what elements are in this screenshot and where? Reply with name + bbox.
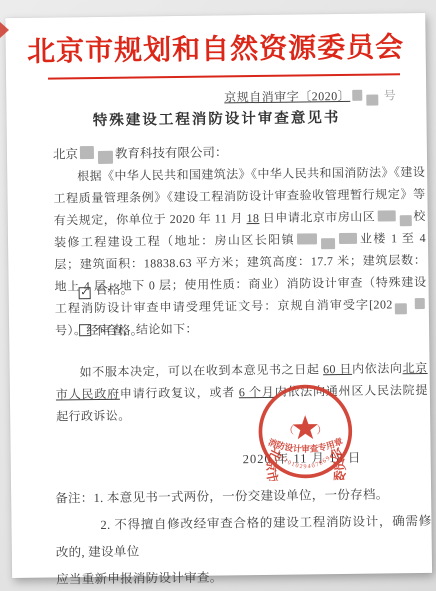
redaction-block: [339, 233, 357, 244]
header-divider-line: [48, 73, 400, 79]
redaction-block: [395, 303, 407, 314]
redaction-block: [399, 215, 411, 226]
main-paragraph: 根据《中华人民共和国建筑法》《中华人民共和国消防法》《建设工程质量管理条例》《建…: [53, 161, 427, 342]
seal-serial-number: 1101029407869: [279, 455, 332, 471]
conclusion-qualified-row: ✓合格。: [78, 280, 133, 300]
document-number-line: 京规自消审字〔2020〕 号: [224, 86, 396, 107]
addressee-suffix: 教育科技有限公司：: [115, 145, 228, 160]
redaction-block: [98, 151, 113, 164]
paragraph-text: 如不服本决定，可以在收到本意见书之日起: [80, 362, 324, 379]
issuing-authority-header: 北京市规划和自然资源委员会: [5, 25, 425, 70]
unchecked-checkbox-icon: [79, 324, 91, 336]
remark-line-2: 2. 不得擅自修改经审查合格的建设工程消防设计，确需修改的, 建设单位: [55, 508, 432, 567]
underlined-appeal-days: 60 日: [323, 362, 352, 376]
paragraph-text: 申请行政复议，或者: [120, 385, 239, 400]
underlined-date-day: 18: [246, 211, 259, 225]
document-number-suffix: 号: [384, 88, 397, 102]
document-number-prefix: 京规自消审字〔2020〕: [224, 89, 350, 105]
redaction-block: [80, 146, 94, 159]
redaction-block: [352, 90, 362, 101]
remark-line-3: 应当重新申报消防设计审查。: [56, 562, 432, 591]
red-corner-mark: [0, 22, 9, 38]
redaction-block: [297, 233, 317, 244]
addressee-prefix: 北京: [53, 147, 78, 161]
seal-star-icon: [292, 415, 318, 439]
redaction-block: [415, 298, 425, 309]
redaction-block: [366, 95, 378, 106]
redaction-block: [321, 238, 335, 249]
redaction-block: [377, 210, 395, 221]
checked-checkbox-icon: ✓: [79, 287, 91, 299]
unqualified-label: 不合格。: [93, 323, 143, 338]
seal-right-paren: ）: [316, 424, 326, 436]
document-page: 北京市规划和自然资源委员会 京规自消审字〔2020〕 号 特殊建设工程消防设计审…: [5, 13, 432, 578]
conclusion-unqualified-row: 不合格。: [79, 320, 143, 339]
addressee-line: 北京教育科技有限公司：: [53, 142, 228, 164]
official-seal: 北京市规划和自然资源委员会 （ ） 消防设计审查专用章 110102940786…: [256, 382, 355, 481]
appeal-paragraph: 如不服本决定，可以在收到本意见书之日起 60 日内依法向北京市人民政府申请行政复…: [55, 357, 428, 428]
paragraph-text: 内依法向: [352, 361, 403, 376]
paragraph-text: 日申请北京市房山区: [259, 210, 375, 225]
qualified-label: 合格。: [96, 283, 134, 297]
seal-left-paren: （: [284, 425, 294, 437]
document-title: 特殊建设工程消防设计审查意见书: [6, 105, 426, 131]
remarks-section: 备注：1. 本意见书一式两份，一份交建设单位，一份存档。 2. 不得擅自修改经审…: [55, 481, 432, 591]
